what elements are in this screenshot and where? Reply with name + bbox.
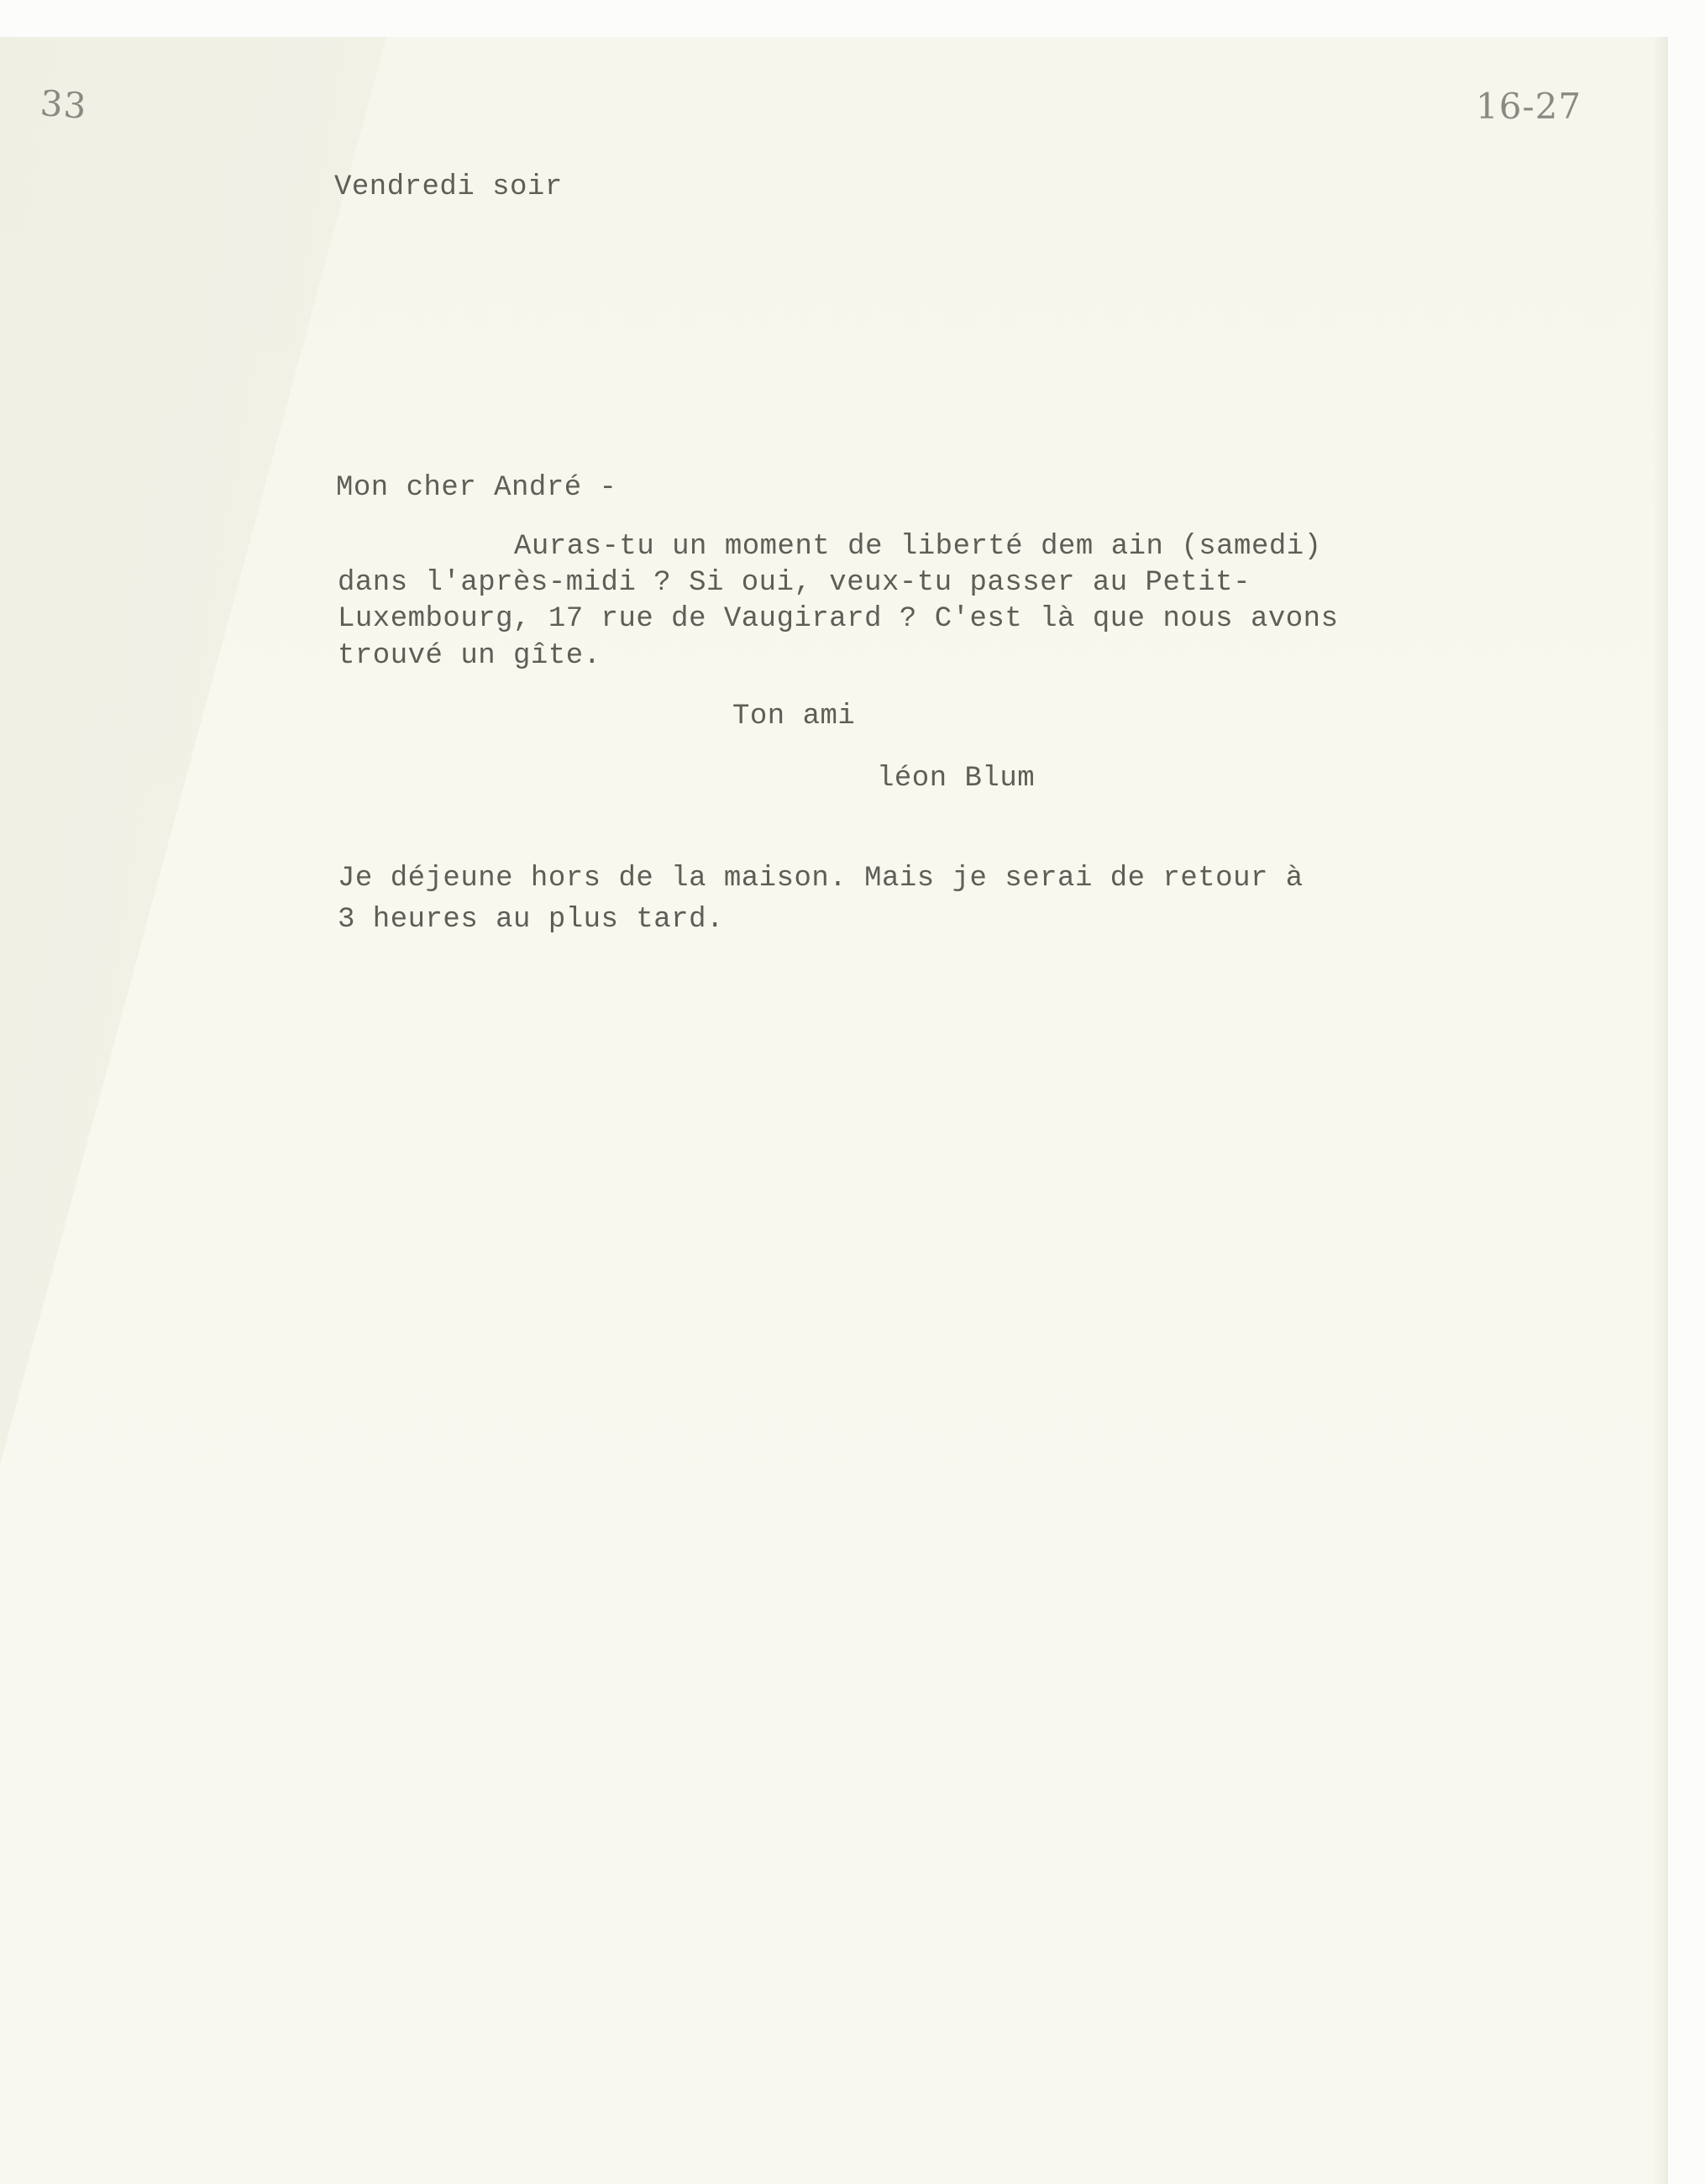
letter-body-line: Luxembourg, 17 rue de Vaugirard ? C'est … xyxy=(338,605,1339,633)
paper-edge xyxy=(1653,37,1668,2184)
letter-postscript-line: Je déjeune hors de la maison. Mais je se… xyxy=(338,864,1304,893)
scanned-page: 33 16-27 Vendredi soir Mon cher André - … xyxy=(0,0,1705,2184)
letter-signature: léon Blum xyxy=(877,764,1035,793)
letter-body-line: Auras-tu un moment de liberté dem ain (s… xyxy=(514,533,1322,561)
paper-fold-shadow xyxy=(0,37,386,1465)
letter-paper: 33 16-27 Vendredi soir Mon cher André - … xyxy=(0,37,1668,2184)
letter-date-line: Vendredi soir xyxy=(334,173,563,202)
letter-closing: Ton ami xyxy=(732,702,855,731)
pencil-annotation-reference: 16-27 xyxy=(1476,86,1582,127)
letter-salutation: Mon cher André - xyxy=(336,474,616,502)
letter-body-line: trouvé un gîte. xyxy=(338,642,601,670)
letter-postscript-line: 3 heures au plus tard. xyxy=(338,906,724,934)
letter-body-line: dans l'après-midi ? Si oui, veux-tu pass… xyxy=(338,569,1251,597)
pencil-annotation-page-number: 33 xyxy=(39,82,88,127)
